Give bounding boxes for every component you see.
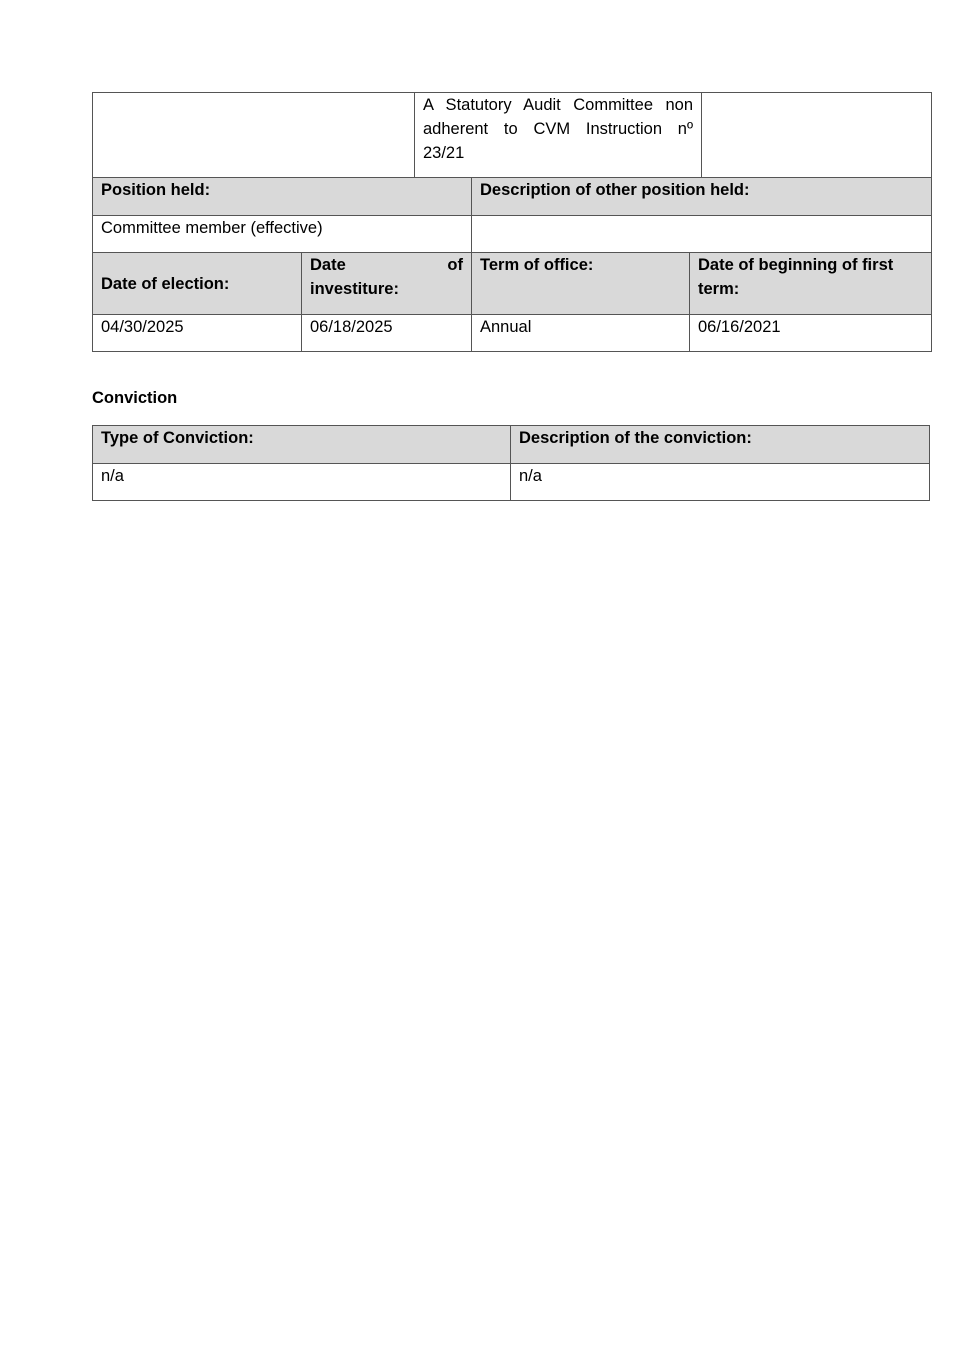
conviction-table: Type of Conviction: Description of the c… [92,425,930,501]
date-of-investiture-line2: investiture: [310,277,463,301]
committee-description: A Statutory Audit Committee non adherent… [415,93,702,179]
term-of-office-header: Term of office: [472,253,690,315]
position-held-header: Position held: [93,178,472,216]
empty-cell-left [93,93,415,179]
conviction-description-header: Description of the conviction: [511,426,930,464]
position-held-value: Committee member (effective) [93,216,472,254]
conviction-description-value: n/a [511,464,930,501]
conviction-title: Conviction [92,389,177,408]
term-of-office-value: Annual [472,315,690,352]
conviction-type-value: n/a [93,464,511,501]
date-of-investiture-word2: of [447,253,463,277]
date-of-investiture-header: Date of investiture: [302,253,472,315]
first-term-header: Date of beginning of first term: [690,253,932,315]
date-of-investiture-value: 06/18/2025 [302,315,472,352]
first-term-value: 06/16/2021 [690,315,932,352]
conviction-type-header: Type of Conviction: [93,426,511,464]
date-of-investiture-word1: Date [310,253,346,277]
member-info-table-top: A Statutory Audit Committee non adherent… [92,92,932,179]
date-of-election-value: 04/30/2025 [93,315,302,352]
dates-table: Date of election: Date of investiture: T… [92,252,932,352]
empty-cell-right [702,93,932,179]
date-of-election-header: Date of election: [93,253,302,315]
other-position-value [472,216,932,254]
position-table: Position held: Description of other posi… [92,177,932,254]
other-position-header: Description of other position held: [472,178,932,216]
